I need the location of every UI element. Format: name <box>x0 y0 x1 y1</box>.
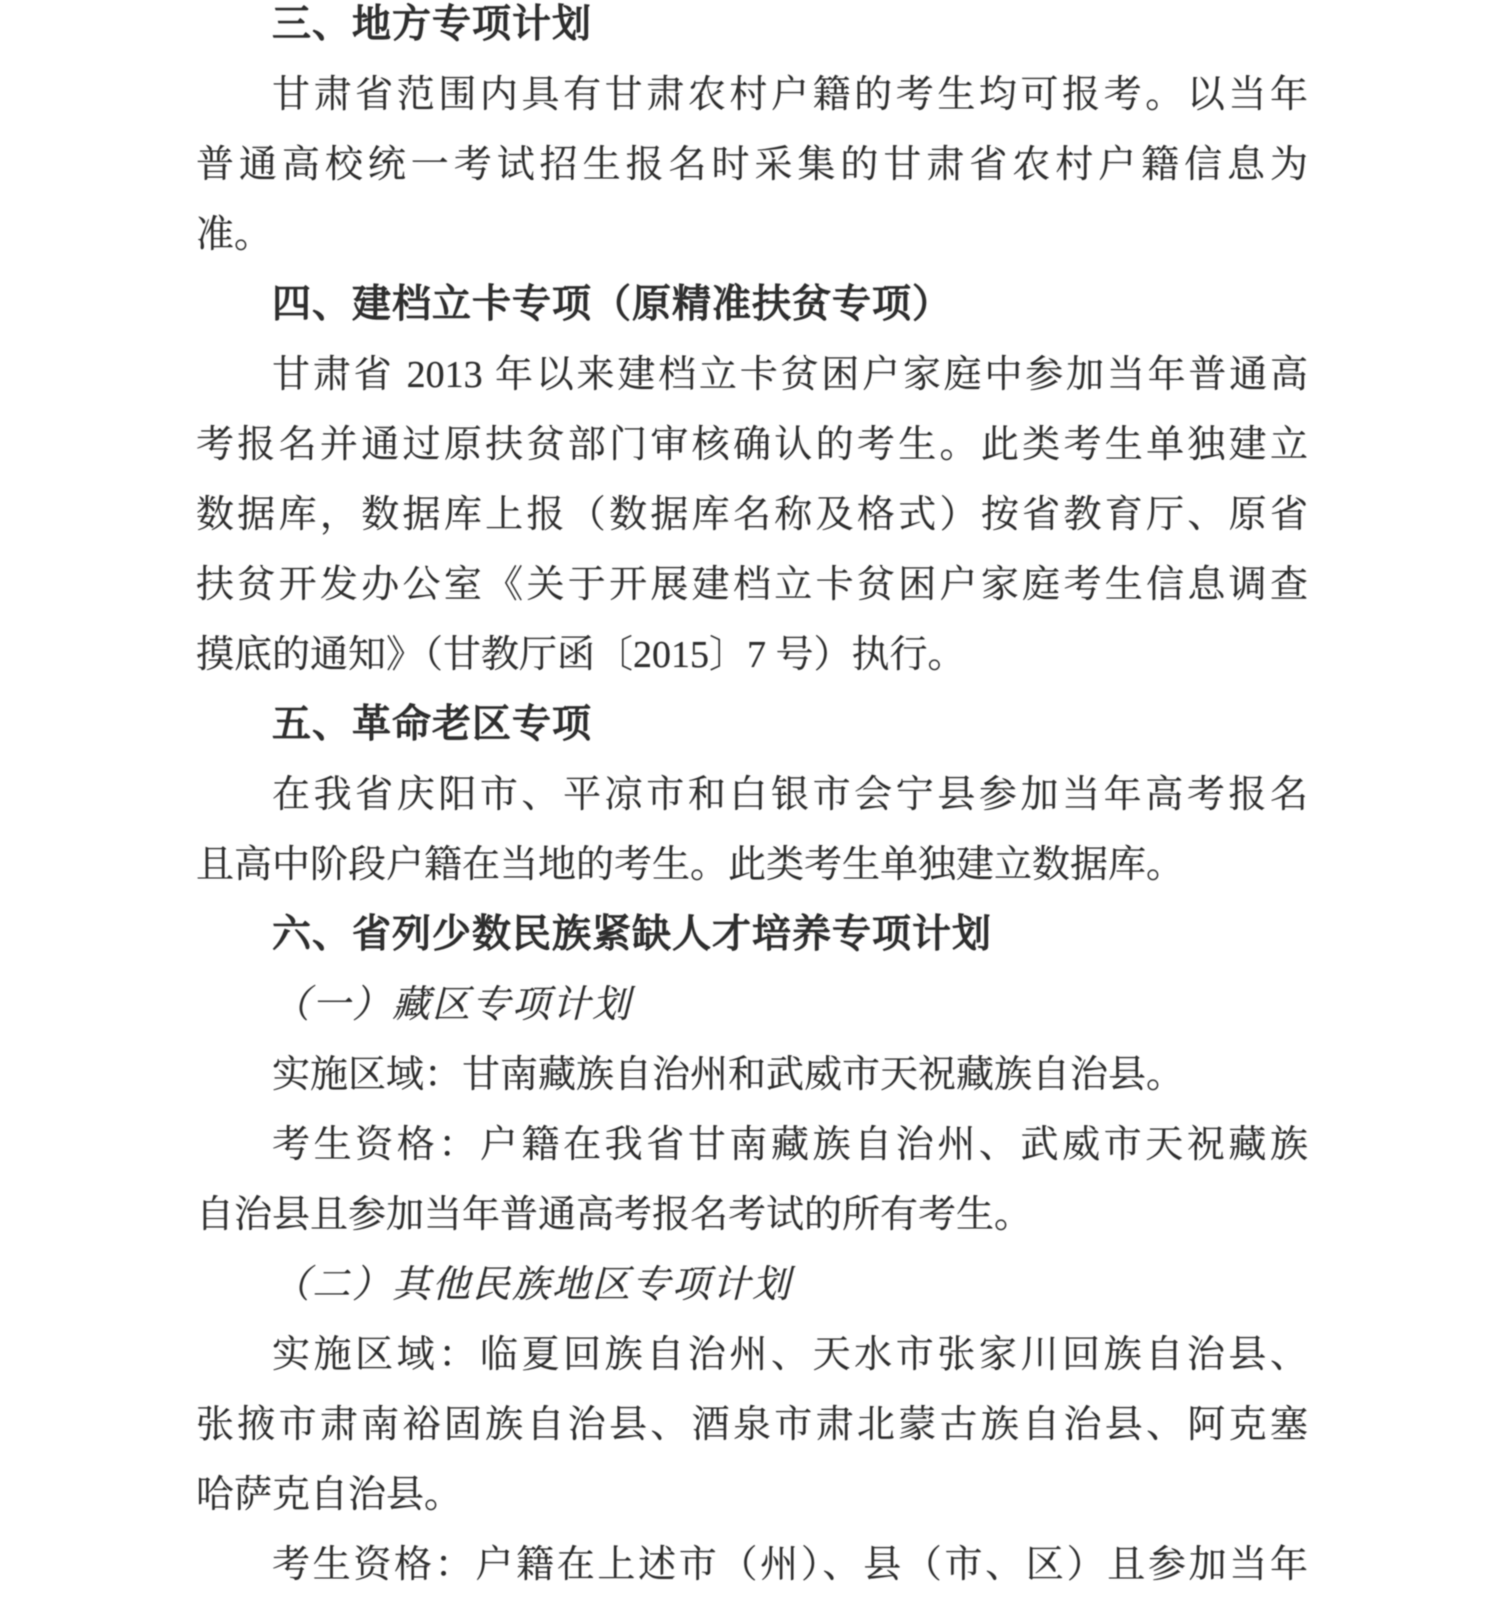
text-line: （一）藏区专项计划 <box>196 970 1308 1040</box>
text-line: 考生资格：户籍在我省甘南藏族自治州、武威市天祝藏族 <box>196 1110 1308 1180</box>
text-line: 在我省庆阳市、平凉市和白银市会宁县参加当年高考报名 <box>196 760 1308 830</box>
text-line: 摸底的通知》（甘教厅函〔2015〕7 号）执行。 <box>196 620 1308 690</box>
text-line: 自治县且参加当年普通高考报名考试的所有考生。 <box>196 1180 1308 1250</box>
section-heading: 六、省列少数民族紧缺人才培养专项计划 <box>196 900 1308 970</box>
paragraph: 考生资格：户籍在我省甘南藏族自治州、武威市天祝藏族自治县且参加当年普通高考报名考… <box>196 1110 1308 1250</box>
text-line: 五、革命老区专项 <box>196 690 1308 760</box>
paragraph: 在我省庆阳市、平凉市和白银市会宁县参加当年高考报名且高中阶段户籍在当地的考生。此… <box>196 760 1308 900</box>
paragraph: 实施区域：甘南藏族自治州和武威市天祝藏族自治县。 <box>196 1040 1308 1110</box>
paragraph: 考生资格：户籍在上述市（州）、县（市、区）且参加当年 <box>196 1530 1308 1600</box>
text-line: 考报名并通过原扶贫部门审核确认的考生。此类考生单独建立 <box>196 410 1308 480</box>
section-subheading: （一）藏区专项计划 <box>196 970 1308 1040</box>
text-line: 且高中阶段户籍在当地的考生。此类考生单独建立数据库。 <box>196 830 1308 900</box>
text-line: 哈萨克自治县。 <box>196 1460 1308 1530</box>
text-line: 实施区域：临夏回族自治州、天水市张家川回族自治县、 <box>196 1320 1308 1390</box>
section-heading: 四、建档立卡专项（原精准扶贫专项） <box>196 270 1308 340</box>
paragraph: 甘肃省范围内具有甘肃农村户籍的考生均可报考。以当年普通高校统一考试招生报名时采集… <box>196 60 1308 270</box>
text-line: 考生资格：户籍在上述市（州）、县（市、区）且参加当年 <box>196 1530 1308 1600</box>
section-subheading: （二）其他民族地区专项计划 <box>196 1250 1308 1320</box>
paragraph: 甘肃省 2013 年以来建档立卡贫困户家庭中参加当年普通高考报名并通过原扶贫部门… <box>196 340 1308 690</box>
text-line: 普通高校统一考试招生报名时采集的甘肃省农村户籍信息为 <box>196 130 1308 200</box>
section-heading: 三、地方专项计划 <box>196 0 1308 60</box>
text-line: 六、省列少数民族紧缺人才培养专项计划 <box>196 900 1308 970</box>
paragraph: 实施区域：临夏回族自治州、天水市张家川回族自治县、张掖市肃南裕固族自治县、酒泉市… <box>196 1320 1308 1530</box>
document-page: 三、地方专项计划甘肃省范围内具有甘肃农村户籍的考生均可报考。以当年普通高校统一考… <box>196 0 1308 1600</box>
text-line: （二）其他民族地区专项计划 <box>196 1250 1308 1320</box>
text-line: 三、地方专项计划 <box>196 0 1308 60</box>
text-line: 甘肃省 2013 年以来建档立卡贫困户家庭中参加当年普通高 <box>196 340 1308 410</box>
text-line: 甘肃省范围内具有甘肃农村户籍的考生均可报考。以当年 <box>196 60 1308 130</box>
text-line: 张掖市肃南裕固族自治县、酒泉市肃北蒙古族自治县、阿克塞 <box>196 1390 1308 1460</box>
text-line: 四、建档立卡专项（原精准扶贫专项） <box>196 270 1308 340</box>
text-line: 数据库，数据库上报（数据库名称及格式）按省教育厅、原省 <box>196 480 1308 550</box>
section-heading: 五、革命老区专项 <box>196 690 1308 760</box>
text-line: 准。 <box>196 200 1308 270</box>
text-line: 实施区域：甘南藏族自治州和武威市天祝藏族自治县。 <box>196 1040 1308 1110</box>
text-line: 扶贫开发办公室《关于开展建档立卡贫困户家庭考生信息调查 <box>196 550 1308 620</box>
